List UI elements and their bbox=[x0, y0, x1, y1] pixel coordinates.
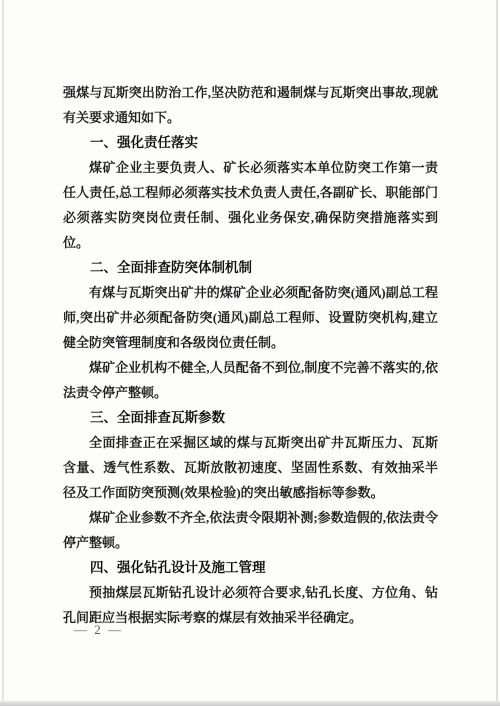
paragraph-continuation: 强煤与瓦斯突出防治工作,坚决防范和遏制煤与瓦斯突出事故,现就有关要求通知如下。 bbox=[63, 80, 438, 130]
scan-edge-left bbox=[2, 0, 4, 706]
section-heading-2: 二、全面排查防突体制机制 bbox=[63, 255, 438, 280]
document-page: 强煤与瓦斯突出防治工作,坚决防范和遏制煤与瓦斯突出事故,现就有关要求通知如下。 … bbox=[0, 0, 500, 706]
paragraph: 全面排查正在采掘区域的煤与瓦斯突出矿井瓦斯压力、瓦斯含量、透气性系数、瓦斯放散初… bbox=[63, 430, 438, 505]
page-number: — 2 — bbox=[74, 620, 123, 640]
section-heading-3: 三、全面排查瓦斯参数 bbox=[63, 405, 438, 430]
paragraph: 煤矿企业参数不齐全,依法责令限期补测;参数造假的,依法责令停产整顿。 bbox=[63, 505, 438, 555]
section-heading-1: 一、强化责任落实 bbox=[63, 130, 438, 155]
document-body: 强煤与瓦斯突出防治工作,坚决防范和遏制煤与瓦斯突出事故,现就有关要求通知如下。 … bbox=[63, 80, 438, 630]
section-heading-4: 四、强化钻孔设计及施工管理 bbox=[63, 555, 438, 580]
paragraph: 煤矿企业主要负责人、矿长必须落实本单位防突工作第一责任人责任,总工程师必须落实技… bbox=[63, 155, 438, 255]
paragraph: 煤矿企业机构不健全,人员配备不到位,制度不完善不落实的,依法责令停产整顿。 bbox=[63, 355, 438, 405]
scan-edge-right bbox=[496, 0, 498, 706]
paragraph: 有煤与瓦斯突出矿井的煤矿企业必须配备防突(通风)副总工程师,突出矿井必须配备防突… bbox=[63, 280, 438, 355]
scan-edge-bottom bbox=[0, 701, 500, 706]
